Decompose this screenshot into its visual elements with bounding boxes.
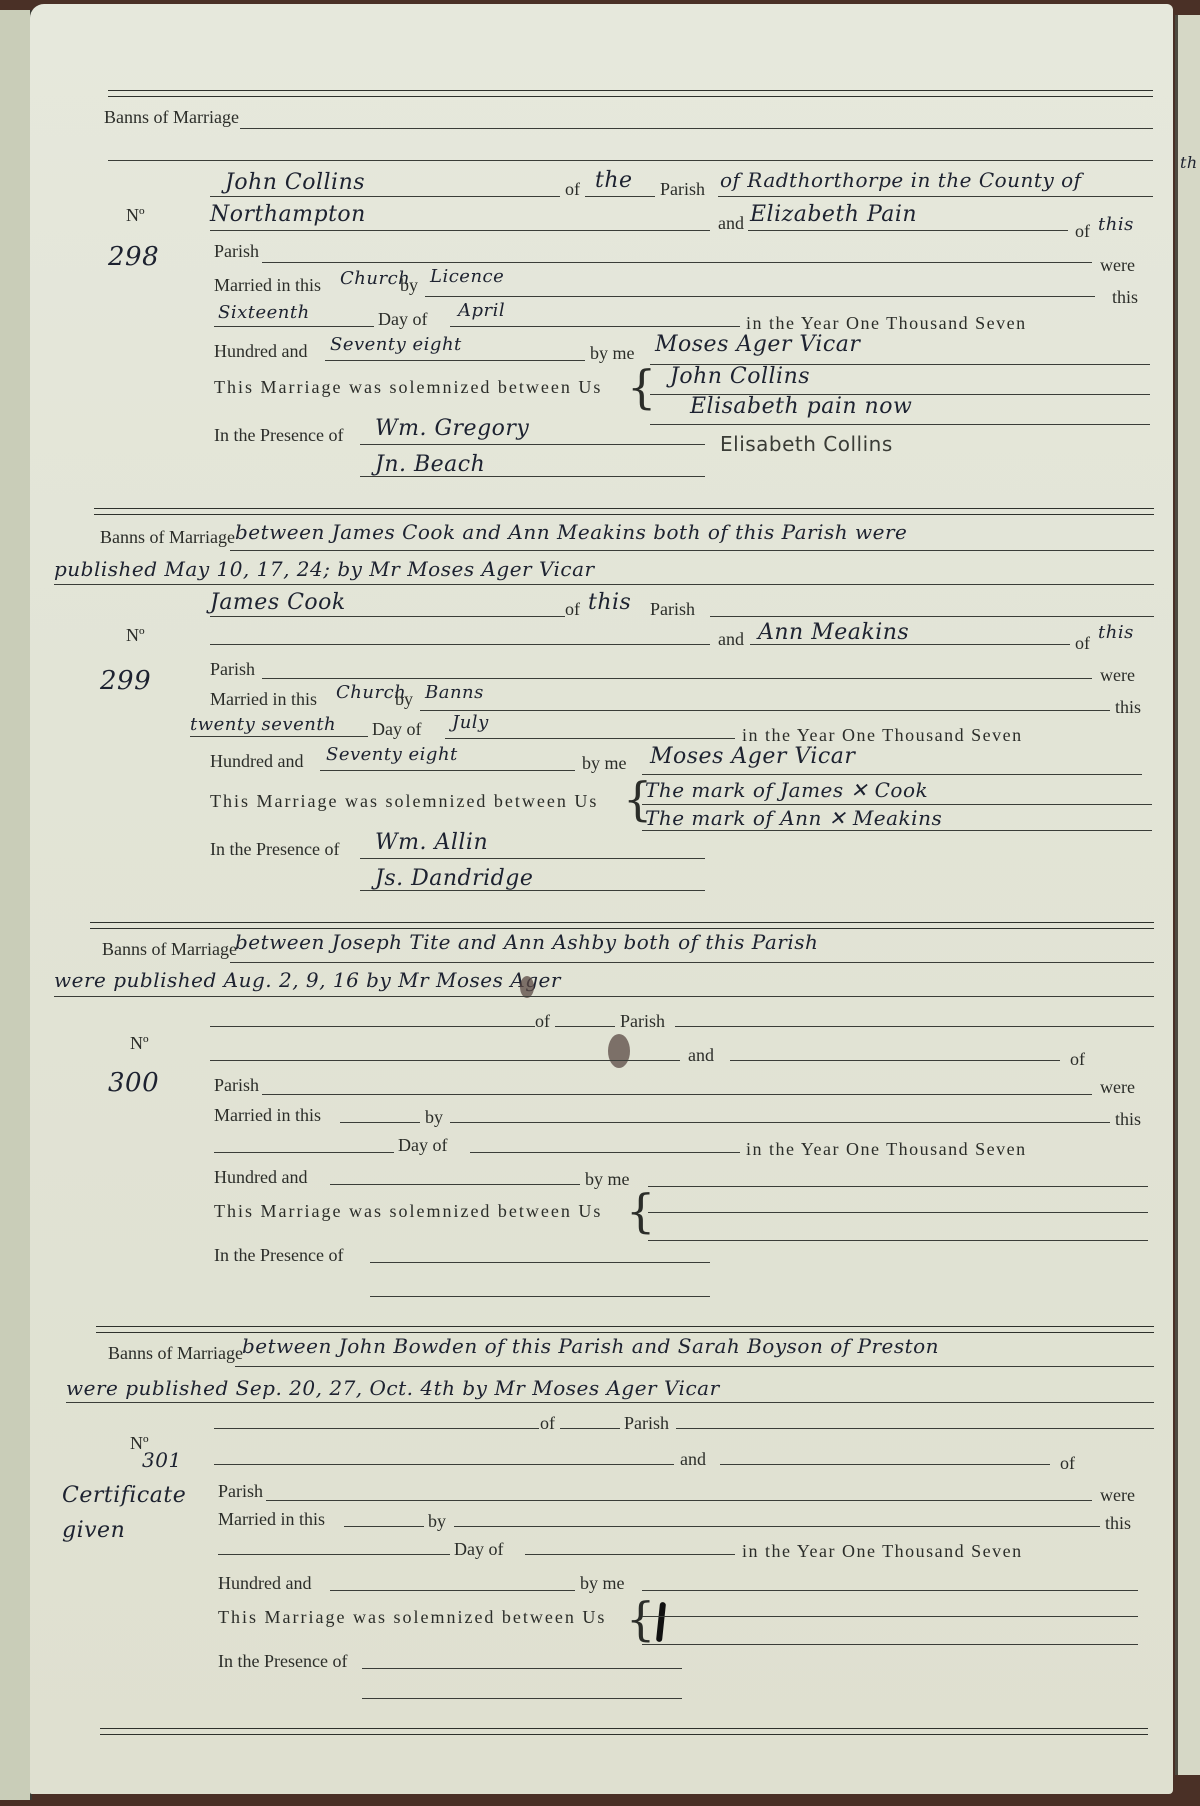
year-words: Seventy eight — [330, 336, 462, 354]
banns-text-line1: between Joseph Tite and Ann Ashby both o… — [235, 932, 818, 952]
signature-groom: The mark of James ✕ Cook — [645, 780, 928, 800]
bride-of: this — [1098, 624, 1134, 642]
bride-name: Ann Meakins — [758, 622, 909, 644]
banns-text-line1: between James Cook and Ann Meakins both … — [235, 522, 907, 542]
marriage-day: Sixteenth — [218, 304, 310, 322]
witness-1: Wm. Allin — [375, 832, 488, 854]
ink-blot — [608, 1034, 630, 1068]
witness-2: Jn. Beach — [375, 454, 485, 476]
groom-parish: of Radthorthorpe in the County of — [720, 170, 1082, 190]
signature-groom: John Collins — [670, 366, 810, 388]
ink-stroke — [656, 1602, 666, 1642]
entry-number: 299 — [100, 668, 151, 694]
number-label: Nº — [126, 206, 145, 224]
bride-name: Elizabeth Pain — [750, 204, 917, 226]
signature-bride: Elisabeth pain now — [690, 396, 912, 418]
banns-text-line2: were published Aug. 2, 9, 16 by Mr Moses… — [54, 970, 561, 990]
witness-2: Js. Dandridge — [375, 868, 533, 890]
register-page: Banns of Marriage John Collins of the Pa… — [30, 4, 1173, 1794]
by-means: Licence — [430, 268, 504, 286]
signature-bride: The mark of Ann ✕ Meakins — [645, 808, 942, 828]
officiant: Moses Ager Vicar — [650, 746, 855, 768]
marriage-month: April — [458, 302, 505, 320]
ink-blot — [520, 976, 534, 998]
entry-number: 301 — [142, 1450, 182, 1470]
year-words: Seventy eight — [326, 746, 458, 764]
groom-of: the — [595, 170, 633, 192]
groom-parish-cont: Northampton — [210, 204, 366, 226]
bride-of: this — [1098, 216, 1134, 234]
entry-number: 300 — [108, 1070, 159, 1096]
entry-number: 298 — [108, 244, 159, 270]
banns-text-line1: between John Bowden of this Parish and S… — [242, 1336, 939, 1356]
margin-note: Certificate given — [62, 1478, 202, 1548]
groom-of: this — [588, 592, 631, 614]
banns-text-line2: were published Sep. 20, 27, Oct. 4th by … — [66, 1378, 720, 1398]
officiant: Moses Ager Vicar — [655, 334, 860, 356]
marriage-month: July — [452, 714, 489, 732]
by-means: Banns — [425, 684, 484, 702]
groom-name: John Collins — [225, 172, 365, 194]
right-page-edge: th — [1175, 15, 1200, 1775]
banns-text-line2: published May 10, 17, 24; by Mr Moses Ag… — [54, 559, 595, 579]
signature-note: Elisabeth Collins — [720, 434, 893, 454]
banns-label: Banns of Marriage — [104, 108, 239, 126]
left-page-edge — [0, 10, 32, 1800]
groom-name: James Cook — [210, 592, 346, 614]
witness-1: Wm. Gregory — [375, 418, 529, 440]
right-edge-note: th — [1180, 155, 1198, 171]
marriage-day: twenty seventh — [190, 716, 336, 734]
